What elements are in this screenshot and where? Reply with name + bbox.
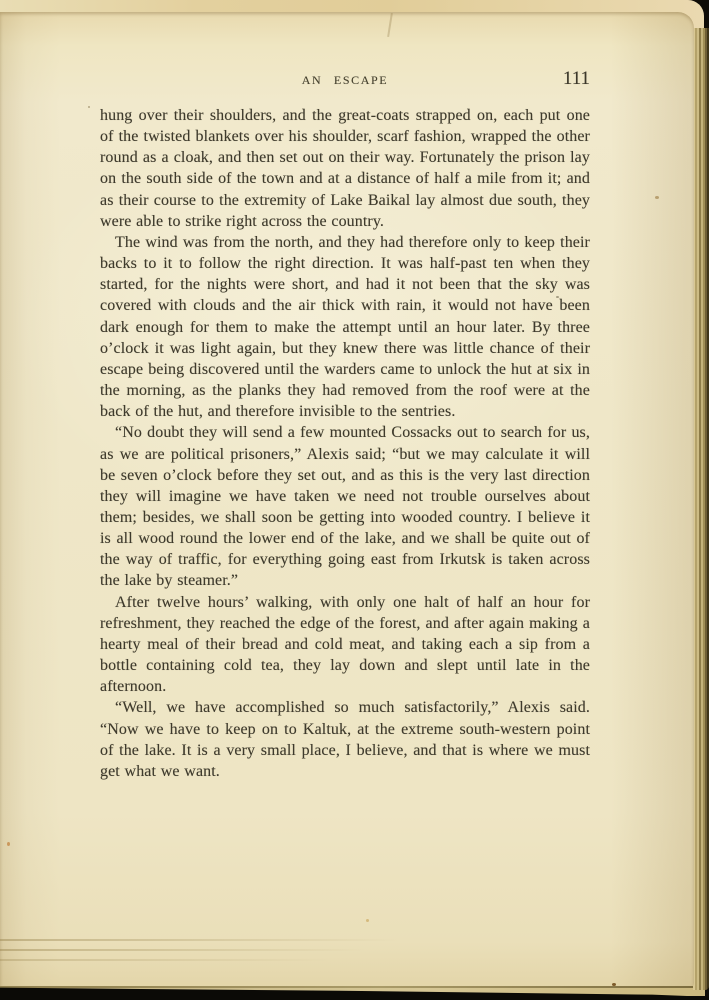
foxing-speck	[366, 919, 369, 922]
paragraph: The wind was from the north, and they ha…	[100, 232, 590, 422]
foxing-speck	[88, 106, 90, 108]
page-bottom-edge	[0, 986, 693, 988]
page-stack-line	[0, 939, 470, 941]
running-title: AN ESCAPE	[100, 68, 590, 88]
paragraph: “No doubt they will send a few mounted C…	[100, 422, 590, 591]
page-stack-line	[0, 949, 430, 951]
foxing-speck	[655, 196, 659, 199]
page-number: 111	[563, 68, 590, 90]
book-scan: { "document": { "running_title": "AN ESC…	[0, 0, 709, 1000]
paragraph: hung over their shoulders, and the great…	[100, 105, 590, 232]
foxing-speck	[7, 842, 10, 846]
foxing-speck	[612, 983, 616, 986]
page-header: AN ESCAPE 111	[100, 68, 590, 92]
page-body: hung over their shoulders, and the great…	[100, 105, 590, 782]
page-stack-line	[0, 959, 390, 961]
fore-edge-pages	[693, 28, 709, 990]
page-content: AN ESCAPE 111 hung over their shoulders,…	[100, 68, 590, 782]
paragraph: “Well, we have accomplished so much sati…	[100, 697, 590, 782]
paragraph: After twelve hours’ walking, with only o…	[100, 592, 590, 698]
